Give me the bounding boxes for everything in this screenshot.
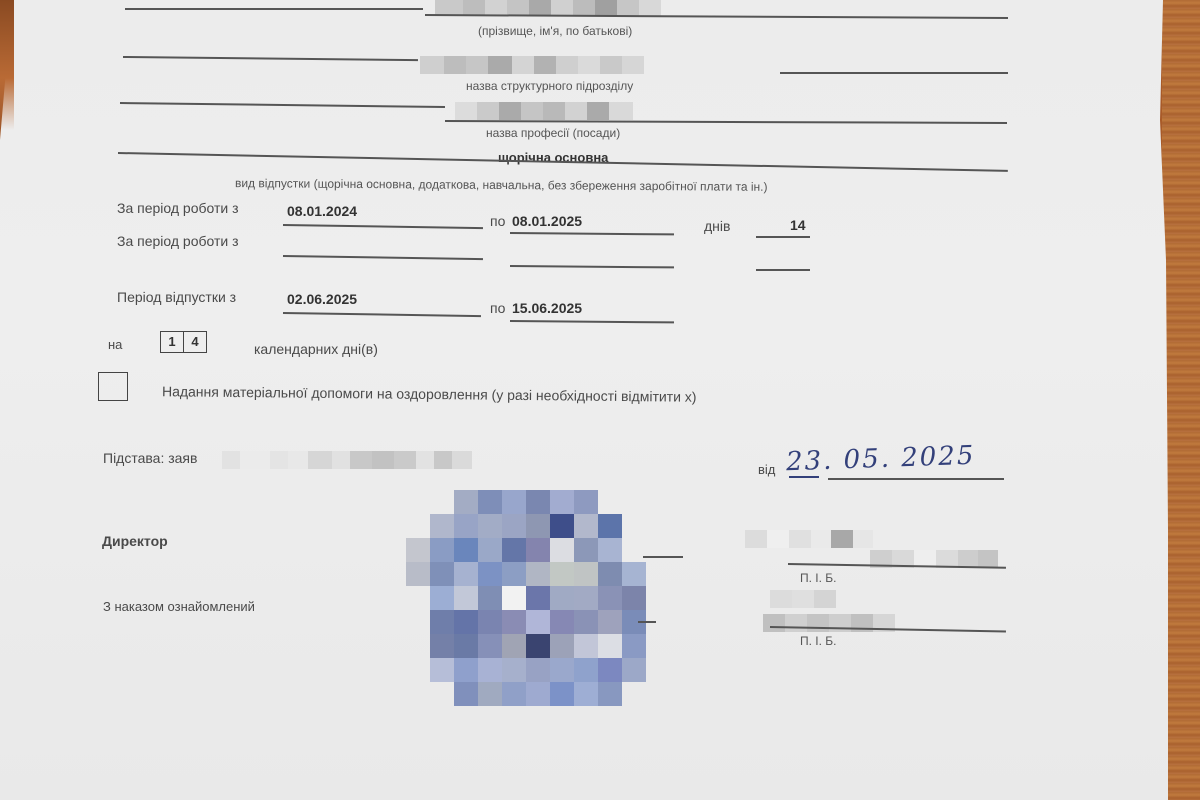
leave-type-caption: вид відпустки (щорічна основна, додатков…	[235, 176, 768, 194]
name-underline	[425, 14, 1008, 19]
work-period-1-label: За період роботи з	[117, 200, 239, 216]
director-signature-line	[643, 556, 683, 558]
underline-left	[123, 56, 418, 61]
wooden-table-corner	[0, 0, 14, 130]
work-period-1-days: 14	[790, 217, 806, 233]
basis-label: Підстава: заяв	[103, 450, 197, 466]
basis-date-label: від	[758, 462, 775, 477]
work-period-1-from: 08.01.2024	[287, 203, 357, 219]
document-sheet: (прізвище, ім'я, по батькові) назва стру…	[0, 0, 1168, 800]
material-aid-label: Надання матеріальної допомоги на оздоров…	[162, 383, 697, 405]
redacted-department	[420, 56, 644, 74]
work-period-2-to-underline	[510, 265, 674, 268]
position-caption: назва професії (посади)	[486, 126, 620, 140]
underline-left	[125, 8, 423, 10]
duration-digit: 1	[161, 332, 183, 352]
duration-suffix: календарних дні(в)	[254, 341, 378, 357]
material-aid-checkbox[interactable]	[98, 372, 128, 401]
redacted-acknowledged-name	[770, 590, 836, 608]
work-period-1-to-underline	[510, 232, 674, 235]
basis-date-underline-1	[789, 476, 819, 478]
duration-digit: 4	[183, 332, 206, 352]
work-period-2-label: За період роботи з	[117, 233, 239, 249]
position-underline	[445, 120, 1007, 124]
leave-period-label: Період відпустки з	[117, 289, 236, 305]
leave-period-from-underline	[283, 312, 481, 317]
director-name-caption: П. І. Б.	[800, 571, 837, 585]
work-period-2-days-underline	[756, 269, 810, 271]
work-period-1-days-label: днів	[704, 218, 730, 234]
redacted-basis	[222, 451, 472, 469]
director-label: Директор	[102, 533, 168, 549]
pixelated-stamp	[392, 490, 642, 720]
basis-handwritten-date: 23. 05. 2025	[786, 441, 976, 478]
name-caption: (прізвище, ім'я, по батькові)	[478, 24, 632, 38]
department-caption: назва структурного підрозділу	[466, 79, 633, 93]
work-period-1-from-underline	[283, 224, 483, 229]
acknowledged-signature-line	[638, 621, 656, 623]
department-underline	[780, 72, 1008, 74]
leave-period-from: 02.06.2025	[287, 291, 357, 307]
work-period-1-to-label: по	[490, 213, 505, 229]
duration-digits-box: 1 4	[160, 331, 207, 353]
work-period-1-days-underline	[756, 236, 810, 238]
basis-date-underline-2	[828, 478, 1004, 480]
work-period-1-to: 08.01.2025	[512, 213, 582, 229]
redacted-position-value	[455, 102, 633, 120]
work-period-2-from-underline	[283, 255, 483, 260]
acknowledged-name-caption: П. І. Б.	[800, 634, 837, 648]
leave-period-to-label: по	[490, 300, 505, 316]
leave-period-to: 15.06.2025	[512, 300, 582, 316]
redacted-director-name	[745, 530, 873, 548]
duration-prefix: на	[108, 337, 122, 352]
underline-left	[120, 102, 445, 108]
leave-period-to-underline	[510, 320, 674, 323]
acknowledged-label: З наказом ознайомлений	[103, 599, 255, 614]
